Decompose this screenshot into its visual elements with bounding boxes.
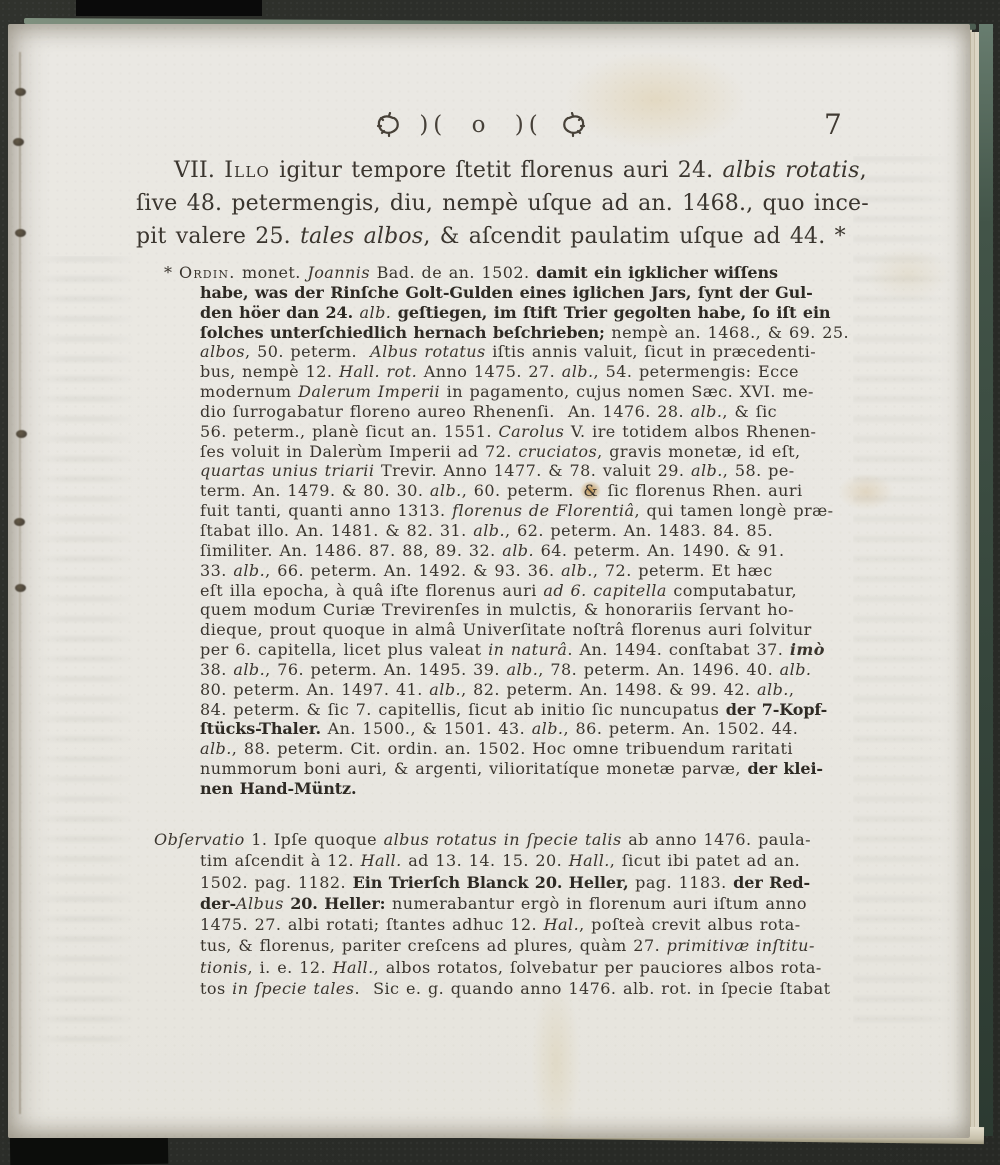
text-line: dieque, prout quoque in almâ Univerſitat… [200,620,880,640]
text-line: 56. peterm., planè ſicut an. 1551. Carol… [200,422,880,442]
text-line: nen Hand-Müntz. [200,779,880,799]
text-line: ſimiliter. An. 1486. 87. 88, 89. 32. alb… [200,541,880,561]
text-line: VII. Illo igitur tempore ſtetit florenus… [136,154,884,187]
text-line: ſive 48. petermengis, diu, nempè uſque a… [136,187,884,220]
text-line: term. An. 1479. & 80. 30. alb., 60. pete… [200,481,880,501]
text-line: 84. peterm. & ſic 7. capitellis, ſicut a… [200,700,880,720]
floral-ornament-right-icon [559,112,589,138]
text-line: modernum Dalerum Imperii in pagamento, c… [200,382,880,402]
show-through-text-left-margin [38,256,134,1044]
text-line: 33. alb., 66. peterm. An. 1492. & 93. 36… [200,561,880,581]
floral-ornament-left-icon [373,112,403,138]
text-line: tim aſcendit à 12. Hall. ad 13. 14. 15. … [200,850,880,871]
text-line: 1502. pag. 1182. Ein Trierſch Blanck 20.… [200,872,880,893]
text-line: der-Albus 20. Heller: numerabantur ergò … [200,893,880,914]
footnote-block: * Ordin. monet. Joannis Bad. de an. 1502… [200,263,880,799]
text-line: tionis, i. e. 12. Hall., albos rotatos, … [200,957,880,978]
main-paragraph: VII. Illo igitur tempore ſtetit florenus… [136,154,884,253]
photo-backdrop: )( o )( 7 VII. Illo igitur tempore ſteti… [0,0,1000,1165]
backdrop-dark-patch-top [76,0,262,16]
header-ornament-row: )( o )( [356,104,606,146]
text-line: habe, was der Rinſche Golt-Gulden eines … [200,283,880,303]
text-line: 1475. 27. albi rotati; ſtantes adhuc 12.… [200,914,880,935]
binding-stitch [15,88,26,96]
text-line: ſtabat illo. An. 1481. & 82. 31. alb., 6… [200,521,880,541]
text-line: fuit tanti, quanti anno 1313. florenus d… [200,501,880,521]
text-line: pit valere 25. tales albos, & aſcendit p… [136,220,884,253]
text-line: nummorum boni auri, & argenti, viliorita… [200,759,880,779]
text-line: quem modum Curiæ Trevirenſes in mulctis,… [200,600,880,620]
text-line: dio ſurrogabatur floreno aureo Rhenenſi.… [200,402,880,422]
binding-stitch [14,518,25,526]
text-line: alb., 88. peterm. Cit. ordin. an. 1502. … [200,739,880,759]
text-line: albos, 50. peterm. Albus rotatus iſtis a… [200,342,880,362]
binding-stitch [13,138,24,146]
text-line: den höer dan 24. alb. geſtiegen, im ſtif… [200,303,880,323]
binding-stitch [16,430,27,438]
text-line: Obſervatio 1. Ipſe quoque albus rotatus … [154,829,880,850]
text-line: eſt illa epocha, à quâ iſte florenus aur… [200,581,880,601]
text-line: per 6. capitella, licet plus valeat in n… [200,640,880,660]
header-ornament-center: )( o )( [419,112,542,138]
book-cover-edge-right [979,24,993,1136]
text-line: * Ordin. monet. Joannis Bad. de an. 1502… [164,263,880,283]
gutter-fold-line [19,52,21,1114]
text-line: ſtücks-Thaler. An. 1500., & 1501. 43. al… [200,719,880,739]
text-line: tus, & florenus, pariter creſcens ad plu… [200,935,880,956]
text-line: 80. peterm. An. 1497. 41. alb., 82. pete… [200,680,880,700]
text-line: quartas unius triarii Trevir. Anno 1477.… [200,461,880,481]
scanned-book-photo: { "header": { "ornament_center": ")( o )… [0,0,1000,1165]
text-line: ſes voluit in Dalerùm Imperii ad 72. cru… [200,442,880,462]
binding-stitch [15,584,26,592]
book-page: )( o )( 7 VII. Illo igitur tempore ſteti… [8,24,970,1138]
text-line: 38. alb., 76. peterm. An. 1495. 39. alb.… [200,660,880,680]
page-number: 7 [824,108,842,141]
binding-stitch [15,229,26,237]
text-line: ſolches unterſchiedlich hernach beſchrie… [200,323,880,343]
observatio-block: Obſervatio 1. Ipſe quoque albus rotatus … [200,829,880,999]
text-line: tos in ſpecie tales. Sic e. g. quando an… [200,978,880,999]
text-line: bus, nempè 12. Hall. rot. Anno 1475. 27.… [200,362,880,382]
